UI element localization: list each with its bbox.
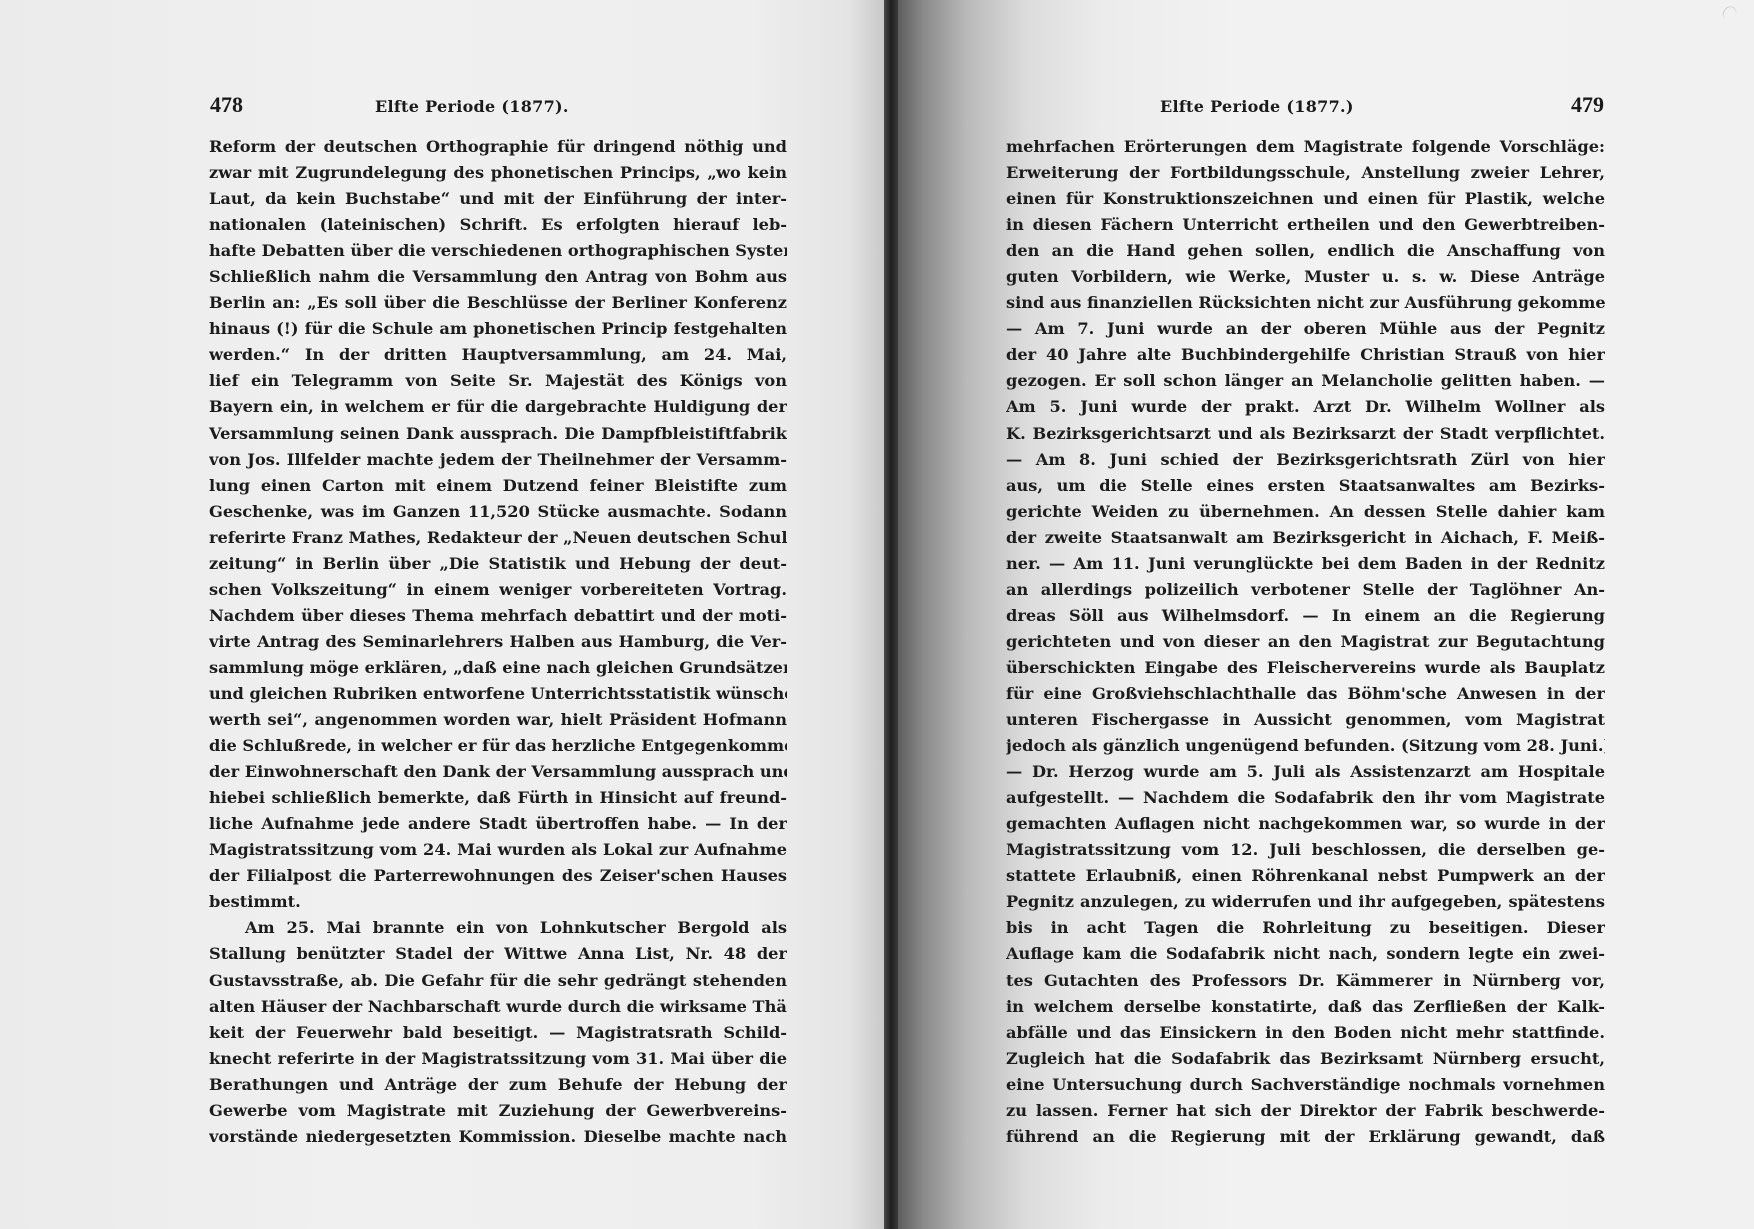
text-line: Magistratssitzung vom 12. Juli beschloss… [1006,837,1605,863]
left-page-header: 478 Elfte Periode (1877). [210,92,790,122]
text-line: dreas Söll aus Wilhelmsdorf. — In einem … [1006,603,1605,629]
text-line: hinaus (!) für die Schule am phonetische… [209,316,787,342]
text-line: — Am 7. Juni wurde an der oberen Mühle a… [1006,316,1605,342]
text-line: der 40 Jahre alte Buchbindergehilfe Chri… [1006,342,1605,368]
text-line: — Dr. Herzog wurde am 5. Juli als Assist… [1006,759,1605,785]
paragraph-start-line: Am 25. Mai brannte ein von Lohnkutscher … [209,915,787,941]
text-line: der Filialpost die Parterrewohnungen des… [209,863,787,889]
text-line: gerichte Weiden zu übernehmen. An dessen… [1006,499,1605,525]
page-number: 479 [1571,92,1604,118]
book-spread: 478 Elfte Periode (1877). Reform der deu… [0,0,1754,1229]
text-line: aus, um die Stelle eines ersten Staatsan… [1006,473,1605,499]
text-line: nationalen (lateinischen) Schrift. Es er… [209,212,787,238]
text-line: unteren Fischergasse in Aussicht genomme… [1006,707,1605,733]
text-line: bis in acht Tagen die Rohrleitung zu bes… [1006,915,1605,941]
text-line: an allerdings polizeilich verbotener Ste… [1006,577,1605,603]
text-line: schen Volkszeitung“ in einem weniger vor… [209,577,787,603]
text-line: jedoch als gänzlich ungenügend befunden.… [1006,733,1605,759]
text-line: — Am 8. Juni schied der Bezirksgerichtsr… [1006,447,1605,473]
text-line: K. Bezirksgerichtsarzt und als Bezirksar… [1006,421,1605,447]
text-line: mehrfachen Erörterungen dem Magistrate f… [1006,134,1605,160]
text-line: Am 5. Juni wurde der prakt. Arzt Dr. Wil… [1006,394,1605,420]
text-line: aufgestellt. — Nachdem die Sodafabrik de… [1006,785,1605,811]
text-line: Stallung benützter Stadel der Wittwe Ann… [209,941,787,967]
text-line: Reform der deutschen Orthographie für dr… [209,134,787,160]
text-line: Gewerbe vom Magistrate mit Zuziehung der… [209,1098,787,1124]
text-line: zu lassen. Ferner hat sich der Direktor … [1006,1098,1605,1124]
text-line: führend an die Regierung mit der Erkläru… [1006,1124,1605,1150]
text-line: werden.“ In der dritten Hauptversammlung… [209,342,787,368]
text-line: liche Aufnahme jede andere Stadt übertro… [209,811,787,837]
text-line: und gleichen Rubriken entworfene Unterri… [209,681,787,707]
left-page-body: Reform der deutschen Orthographie für dr… [209,134,787,1150]
right-page-body: mehrfachen Erörterungen dem Magistrate f… [1006,134,1605,1150]
text-line: Versammlung seinen Dank aussprach. Die D… [209,421,787,447]
text-line: lung einen Carton mit einem Dutzend fein… [209,473,787,499]
text-line: Geschenke, was im Ganzen 11,520 Stücke a… [209,499,787,525]
page-number: 478 [210,92,243,118]
text-line: Magistratssitzung vom 24. Mai wurden als… [209,837,787,863]
text-line: Erweiterung der Fortbildungsschule, Anst… [1006,160,1605,186]
page-mark [1720,4,1739,23]
text-line: gemachten Auflagen nicht nachgekommen wa… [1006,811,1605,837]
text-line: vorstände niedergesetzten Kommission. Di… [209,1124,787,1150]
text-line: hafte Debatten über die verschiedenen or… [209,238,787,264]
text-line: Laut, da kein Buchstabe“ und mit der Ein… [209,186,787,212]
text-line: eine Untersuchung durch Sachverständige … [1006,1072,1605,1098]
text-line: überschickten Eingabe des Fleischerverei… [1006,655,1605,681]
running-title: Elfte Periode (1877). [375,97,569,116]
text-line: hiebei schließlich bemerkte, daß Fürth i… [209,785,787,811]
text-line: Berlin an: „Es soll über die Beschlüsse … [209,290,787,316]
text-line: alten Häuser der Nachbarschaft wurde dur… [209,994,787,1020]
text-line: sammlung möge erklären, „daß eine nach g… [209,655,787,681]
text-line: keit der Feuerwehr bald beseitigt. — Mag… [209,1020,787,1046]
text-line: lief ein Telegramm von Seite Sr. Majestä… [209,368,787,394]
right-page-header: Elfte Periode (1877.) 479 [994,92,1604,122]
text-line: Pegnitz anzulegen, zu widerrufen und ihr… [1006,889,1605,915]
text-line: zwar mit Zugrundelegung des phonetischen… [209,160,787,186]
text-line: virte Antrag des Seminarlehrers Halben a… [209,629,787,655]
text-line: den an die Hand gehen sollen, endlich di… [1006,238,1605,264]
text-line: in welchem derselbe konstatirte, daß das… [1006,994,1605,1020]
text-line: stattete Erlaubniß, einen Röhrenkanal ne… [1006,863,1605,889]
text-line: Bayern ein, in welchem er für die dargeb… [209,394,787,420]
text-line: zeitung“ in Berlin über „Die Statistik u… [209,551,787,577]
text-line: Nachdem über dieses Thema mehrfach debat… [209,603,787,629]
text-line: abfälle und das Einsickern in den Boden … [1006,1020,1605,1046]
text-line: ner. — Am 11. Juni verunglückte bei dem … [1006,551,1605,577]
text-line: knecht referirte in der Magistratssitzun… [209,1046,787,1072]
text-line: der zweite Staatsanwalt am Bezirksgerich… [1006,525,1605,551]
text-line: gerichteten und von dieser an den Magist… [1006,629,1605,655]
running-title: Elfte Periode (1877.) [1160,97,1354,116]
text-line: referirte Franz Mathes, Redakteur der „N… [209,525,787,551]
text-line: Zugleich hat die Sodafabrik das Bezirksa… [1006,1046,1605,1072]
text-line: sind aus finanziellen Rücksichten nicht … [1006,290,1605,316]
text-line: guten Vorbildern, wie Werke, Muster u. s… [1006,264,1605,290]
right-page: Elfte Periode (1877.) 479 mehrfachen Erö… [898,0,1754,1229]
text-line: Berathungen und Anträge der zum Behufe d… [209,1072,787,1098]
text-line: Gustavsstraße, ab. Die Gefahr für die se… [209,968,787,994]
text-line: werth sei“, angenommen worden war, hielt… [209,707,787,733]
text-line: der Einwohnerschaft den Dank der Versamm… [209,759,787,785]
text-line: tes Gutachten des Professors Dr. Kämmere… [1006,968,1605,994]
text-line: Auflage kam die Sodafabrik nicht nach, s… [1006,941,1605,967]
text-line: einen für Konstruktionszeichnen und eine… [1006,186,1605,212]
text-line: von Jos. Illfelder machte jedem der Thei… [209,447,787,473]
text-line: gezogen. Er soll schon länger an Melanch… [1006,368,1605,394]
text-line: für eine Großviehschlachthalle das Böhm'… [1006,681,1605,707]
text-line: die Schlußrede, in welcher er für das he… [209,733,787,759]
text-line: Schließlich nahm die Versammlung den Ant… [209,264,787,290]
paragraph-end-line: bestimmt. [209,889,787,915]
book-spine [884,0,898,1229]
left-page: 478 Elfte Periode (1877). Reform der deu… [0,0,884,1229]
text-line: in diesen Fächern Unterricht ertheilen u… [1006,212,1605,238]
